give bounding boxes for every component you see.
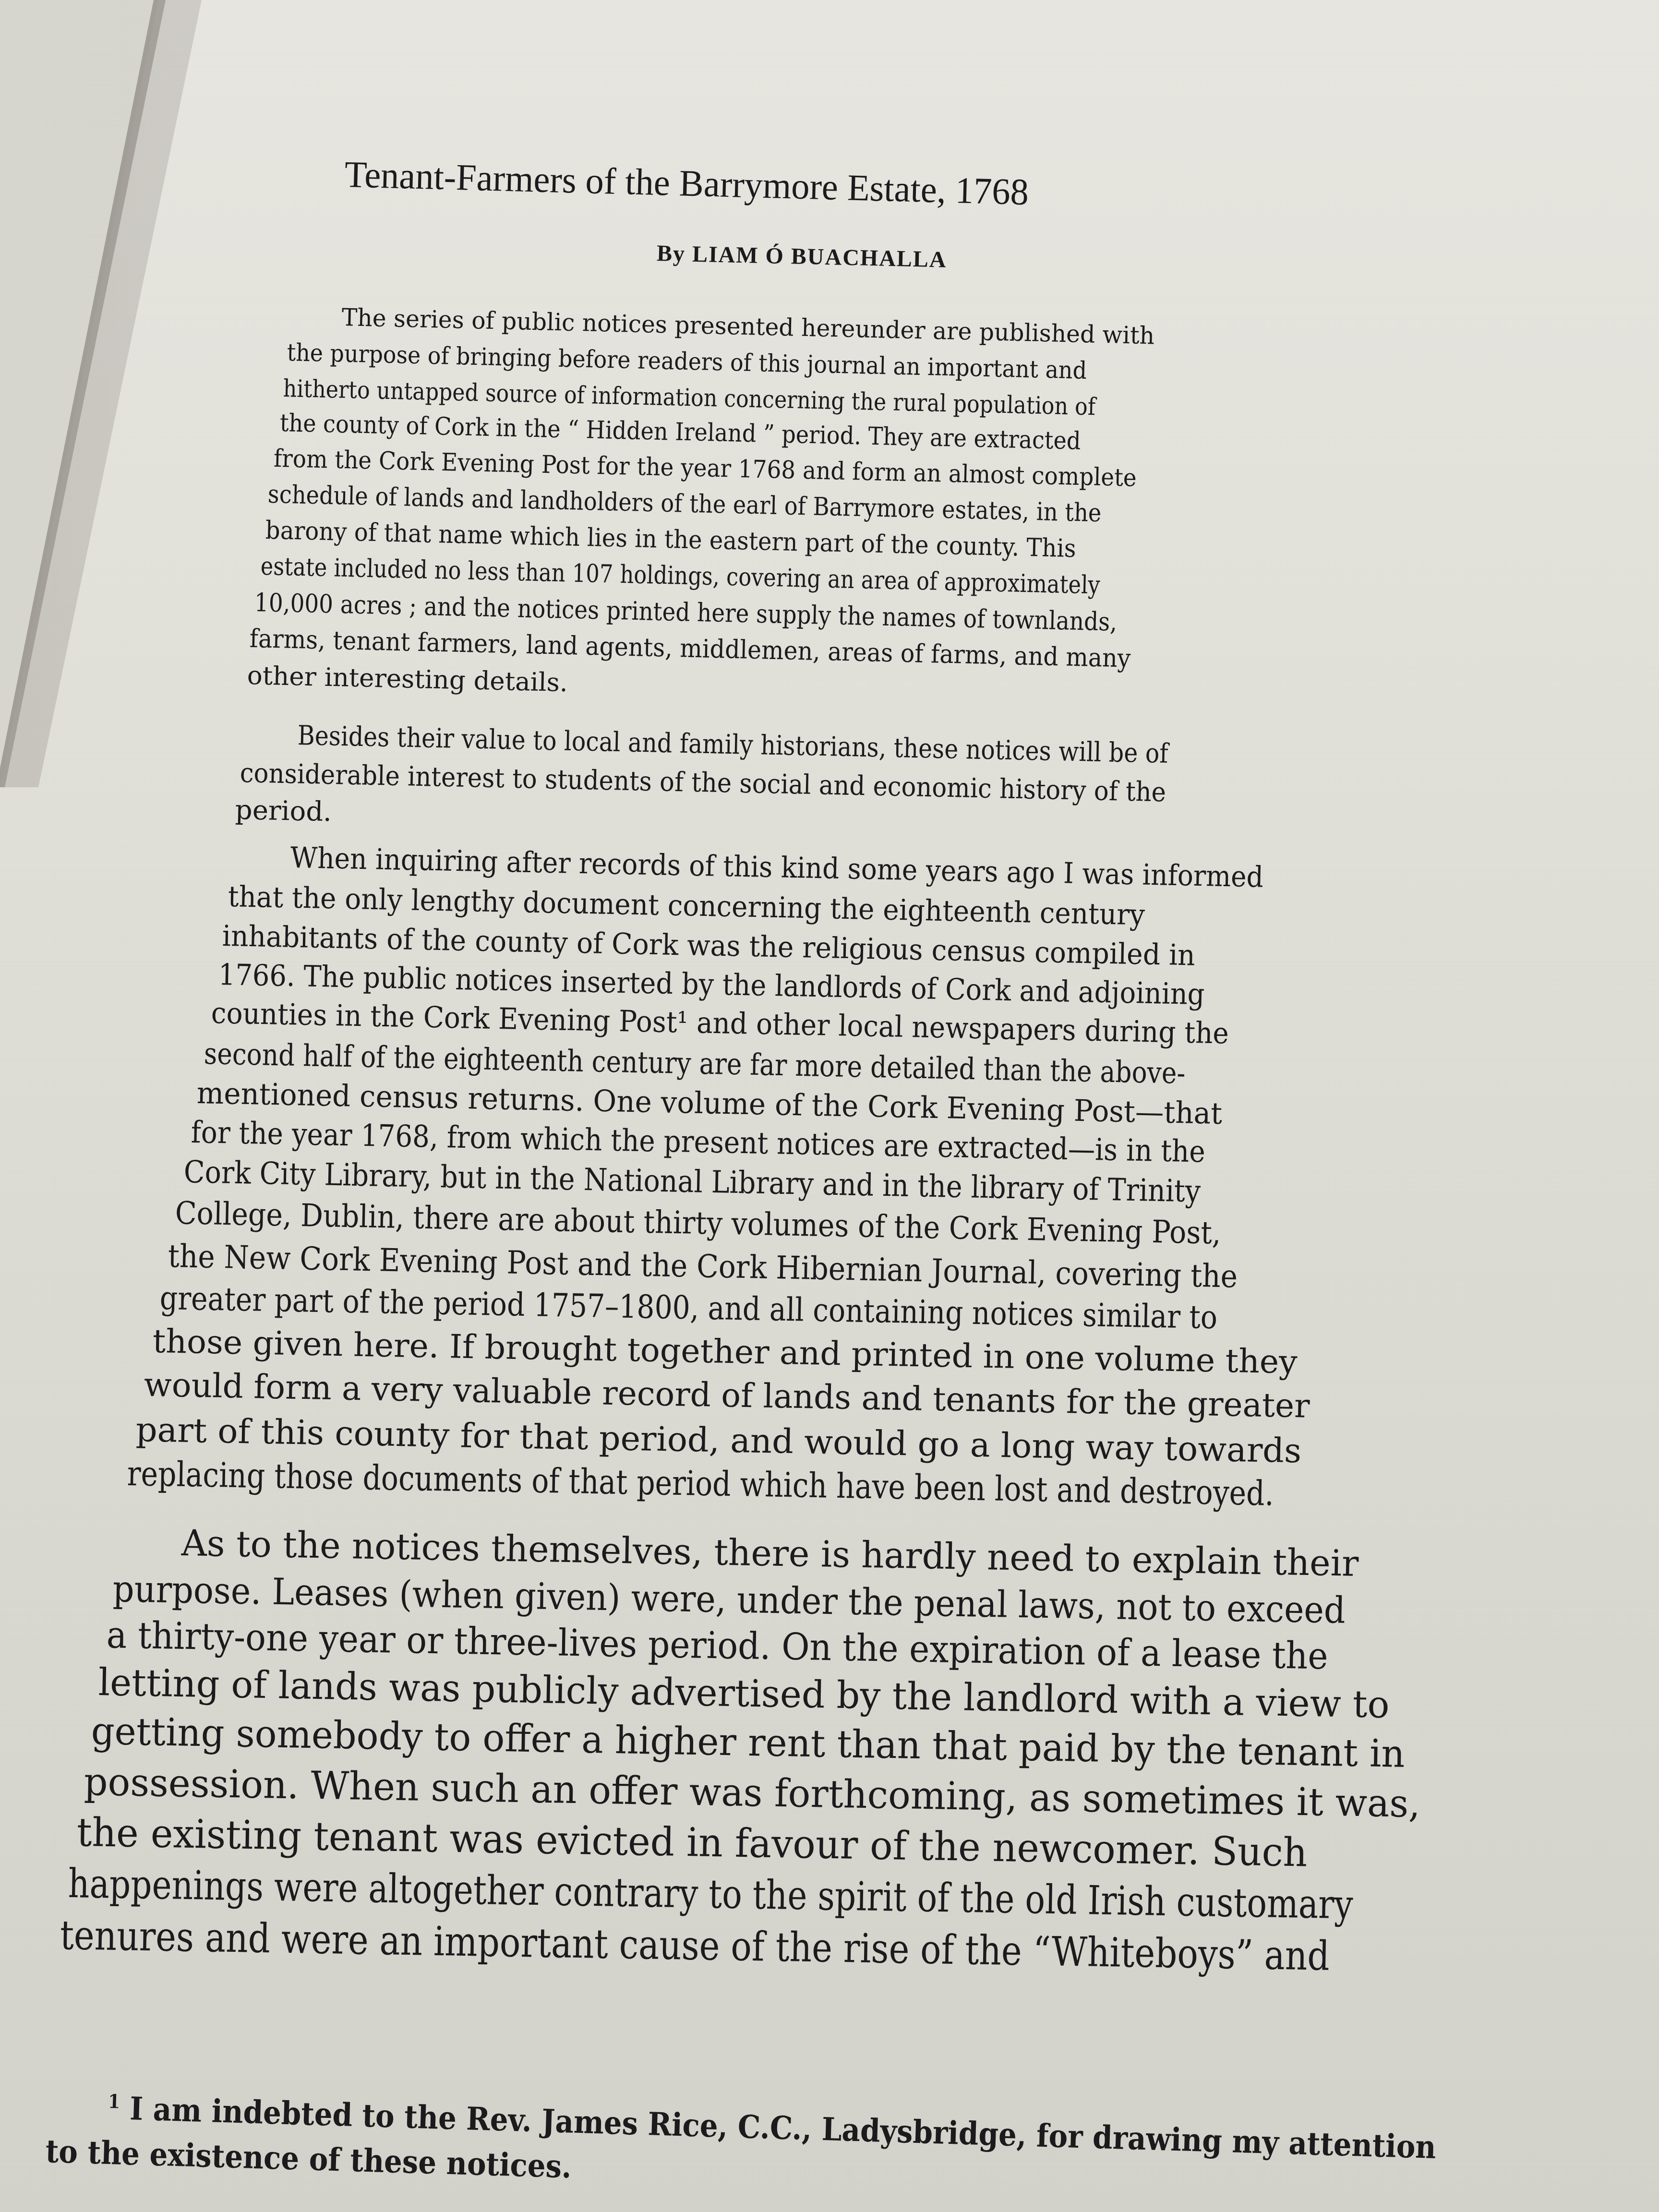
footnote-marker: 1 <box>108 2091 120 2113</box>
paragraph-line: other interesting details. <box>247 661 568 697</box>
photographed-book-page: Tenant-Farmers of the Barrymore Estate, … <box>0 0 1659 2212</box>
article-byline: By LIAM Ó BUACHALLA <box>656 240 947 273</box>
paragraph-line: period. <box>235 794 332 828</box>
footnote-line: to the existence of these notices. <box>45 2132 572 2185</box>
article-title: Tenant-Farmers of the Barrymore Estate, … <box>344 153 1029 214</box>
journal-page: Tenant-Farmers of the Barrymore Estate, … <box>0 0 1659 2212</box>
